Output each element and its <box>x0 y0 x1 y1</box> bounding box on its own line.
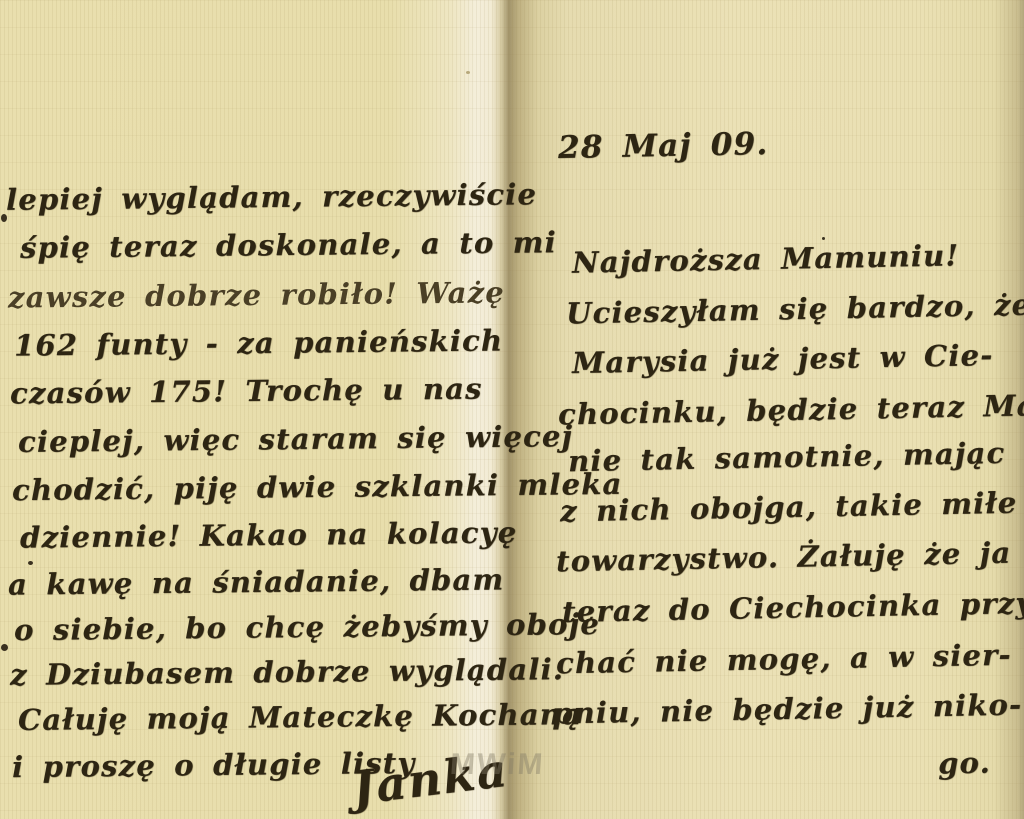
handwriting-line: chać nie mogę, a w sier- <box>556 638 1012 681</box>
handwriting-line: lepiej wyglądam, rzeczywiście <box>6 177 537 217</box>
handwriting-line: Całuję moją Mateczkę Kochaną <box>18 697 582 737</box>
handwriting-line: teraz do Ciechocinka przyje- <box>562 585 1024 629</box>
letter-right-page: 28 Maj 09. Najdroższa Mamuniu! Ucieszyła… <box>500 0 1024 819</box>
ink-speck <box>28 561 33 565</box>
handwriting-line: nie tak samotnie, mając <box>568 436 1006 478</box>
ink-speck <box>822 237 825 240</box>
paper-blemish <box>466 71 470 74</box>
handwriting-line: Ucieszyłam się bardzo, że <box>566 288 1024 331</box>
handwriting-line: czasów 175! Trochę u nas <box>10 372 483 411</box>
handwriting-line: 162 funty - za panieńskich <box>14 323 504 362</box>
handwriting-line: Najdroższa Mamuniu! <box>572 238 960 279</box>
letter-date: 28 Maj 09. <box>558 126 769 166</box>
handwriting-line: Marysia już jest w Cie- <box>572 338 994 380</box>
letter-scan: lepiej wyglądam, rzeczywiście śpię teraz… <box>0 0 1024 819</box>
handwriting-line: go. <box>938 745 991 780</box>
handwriting-line: z Dziubasem dobrze wyglądali. <box>10 652 564 692</box>
handwriting-line: dziennie! Kakao na kolacyę <box>20 515 518 554</box>
ink-speck <box>1 644 8 651</box>
archive-watermark: MWiM <box>449 748 546 782</box>
ink-speck <box>1 214 7 222</box>
handwriting-line: śpię teraz doskonale, a to mi <box>20 225 557 265</box>
handwriting-line: cieplej, więc staram się więcej <box>18 419 574 459</box>
handwriting-line: z nich obojga, takie miłe <box>560 486 1018 529</box>
handwriting-line: towarzystwo. Żałuję że ja <box>556 536 1012 579</box>
handwriting-line: chocinku, będzie teraz Mamuni <box>558 387 1024 432</box>
handwriting-line: pniu, nie będzie już niko- <box>552 687 1023 730</box>
handwriting-line: a kawę na śniadanie, dbam <box>8 562 505 601</box>
handwriting-line: zawsze dobrze robiło! Ważę <box>8 275 505 314</box>
letter-left-page: lepiej wyglądam, rzeczywiście śpię teraz… <box>0 0 500 819</box>
